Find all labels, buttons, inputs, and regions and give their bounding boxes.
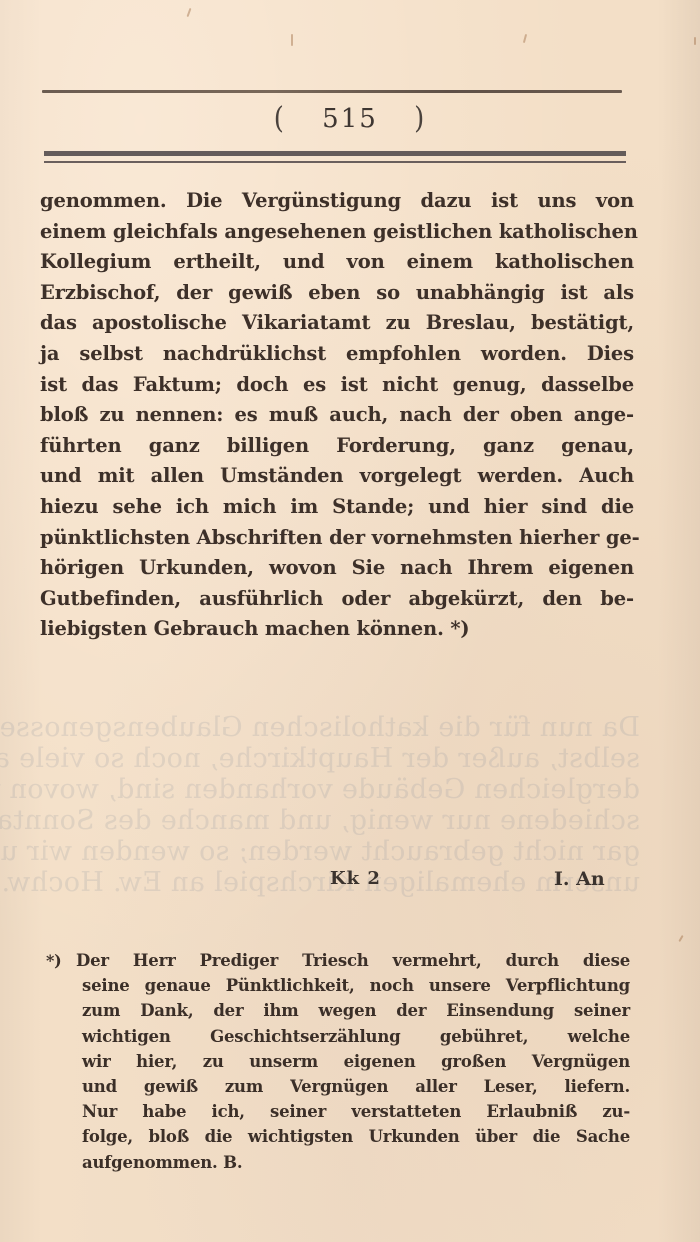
footnote-marker: *) xyxy=(46,948,76,973)
body-line: hörigen Urkunden, wovon Sie nach Ihrem e… xyxy=(40,553,634,584)
footnote-line: folge, bloß die wichtigsten Urkunden übe… xyxy=(46,1124,630,1149)
paper-speck xyxy=(291,34,293,46)
page-number-open-paren: ( xyxy=(274,102,286,137)
header-rule-bottom-thin xyxy=(44,161,626,163)
body-text: genommen. Die Vergünstigung dazu ist uns… xyxy=(40,186,634,645)
signature-mark: Kk 2 xyxy=(330,868,381,889)
body-line: und mit allen Umständen vorgelegt werden… xyxy=(40,461,634,492)
paper-speck xyxy=(187,8,192,17)
body-line: hiezu sehe ich mich im Stande; und hier … xyxy=(40,492,634,523)
bleed-line: schiedene nur wenig, und manche des Sonn… xyxy=(40,805,640,836)
body-line: Erzbischof, der gewiß eben so unabhängig… xyxy=(40,278,634,309)
paper-speck xyxy=(678,935,683,942)
footnote-line: wichtigen Geschichtserzählung gebühret, … xyxy=(46,1024,630,1049)
bleed-line: gar nicht gebraucht werden; so wenden wi… xyxy=(40,836,640,867)
body-line: pünktlichsten Abschriften der vornehmste… xyxy=(40,523,634,554)
body-line: ja selbst nachdrüklichst empfohlen worde… xyxy=(40,339,634,370)
header-rule-top xyxy=(42,90,622,93)
footnote-line: *)Der Herr Prediger Triesch vermehrt, du… xyxy=(46,948,630,973)
footnote-line: wir hier, zu unserm eigenen großen Vergn… xyxy=(46,1049,630,1074)
body-line: Gutbefinden, ausführlich oder abgekürzt,… xyxy=(40,584,634,615)
footnote: *)Der Herr Prediger Triesch vermehrt, du… xyxy=(46,948,630,1175)
paper-speck xyxy=(523,34,527,43)
footnote-line: Nur habe ich, seiner verstatteten Erlaub… xyxy=(46,1099,630,1124)
footnote-line: seine genaue Pünktlichkeit, noch unsere … xyxy=(46,973,630,998)
body-line-last: liebigsten Gebrauch machen können. *) xyxy=(40,614,634,645)
footnote-line: zum Dank, der ihm wegen der Einsendung s… xyxy=(46,998,630,1023)
body-line: führten ganz billigen Forderung, ganz ge… xyxy=(40,431,634,462)
catchword: I. An xyxy=(554,868,605,890)
bleed-line: selbst, außer der Hauptkirche, noch so v… xyxy=(40,743,640,774)
footnote-line-last: aufgenommen. B. xyxy=(46,1150,630,1175)
bleed-line: dergleichen Gebäude vorhanden sind, wovo… xyxy=(40,774,640,805)
header-rule-bottom-thick xyxy=(44,151,626,156)
body-line: bloß zu nennen: es muß auch, nach der ob… xyxy=(40,400,634,431)
footnote-line-text: Der Herr Prediger Triesch vermehrt, durc… xyxy=(76,951,630,970)
bleed-line: Da nun für die katholischen Glaubensgeno… xyxy=(40,712,640,743)
signature-row: Kk 2 I. An xyxy=(0,868,700,898)
footnote-line: und gewiß zum Vergnügen aller Leser, lie… xyxy=(46,1074,630,1099)
body-line: Kollegium ertheilt, und von einem kathol… xyxy=(40,247,634,278)
book-page: Da nun für die katholischen Glaubensgeno… xyxy=(0,0,700,1242)
page-number-close-paren: ) xyxy=(414,102,426,137)
body-line: das apostolische Vikariatamt zu Breslau,… xyxy=(40,308,634,339)
paper-speck xyxy=(694,37,696,45)
page-header: ( 515 ) xyxy=(0,104,700,134)
page-number: 515 xyxy=(322,104,378,134)
body-line: einem gleichfals angesehenen geistlichen… xyxy=(40,217,634,248)
body-line: genommen. Die Vergünstigung dazu ist uns… xyxy=(40,186,634,217)
body-line: ist das Faktum; doch es ist nicht genug,… xyxy=(40,370,634,401)
